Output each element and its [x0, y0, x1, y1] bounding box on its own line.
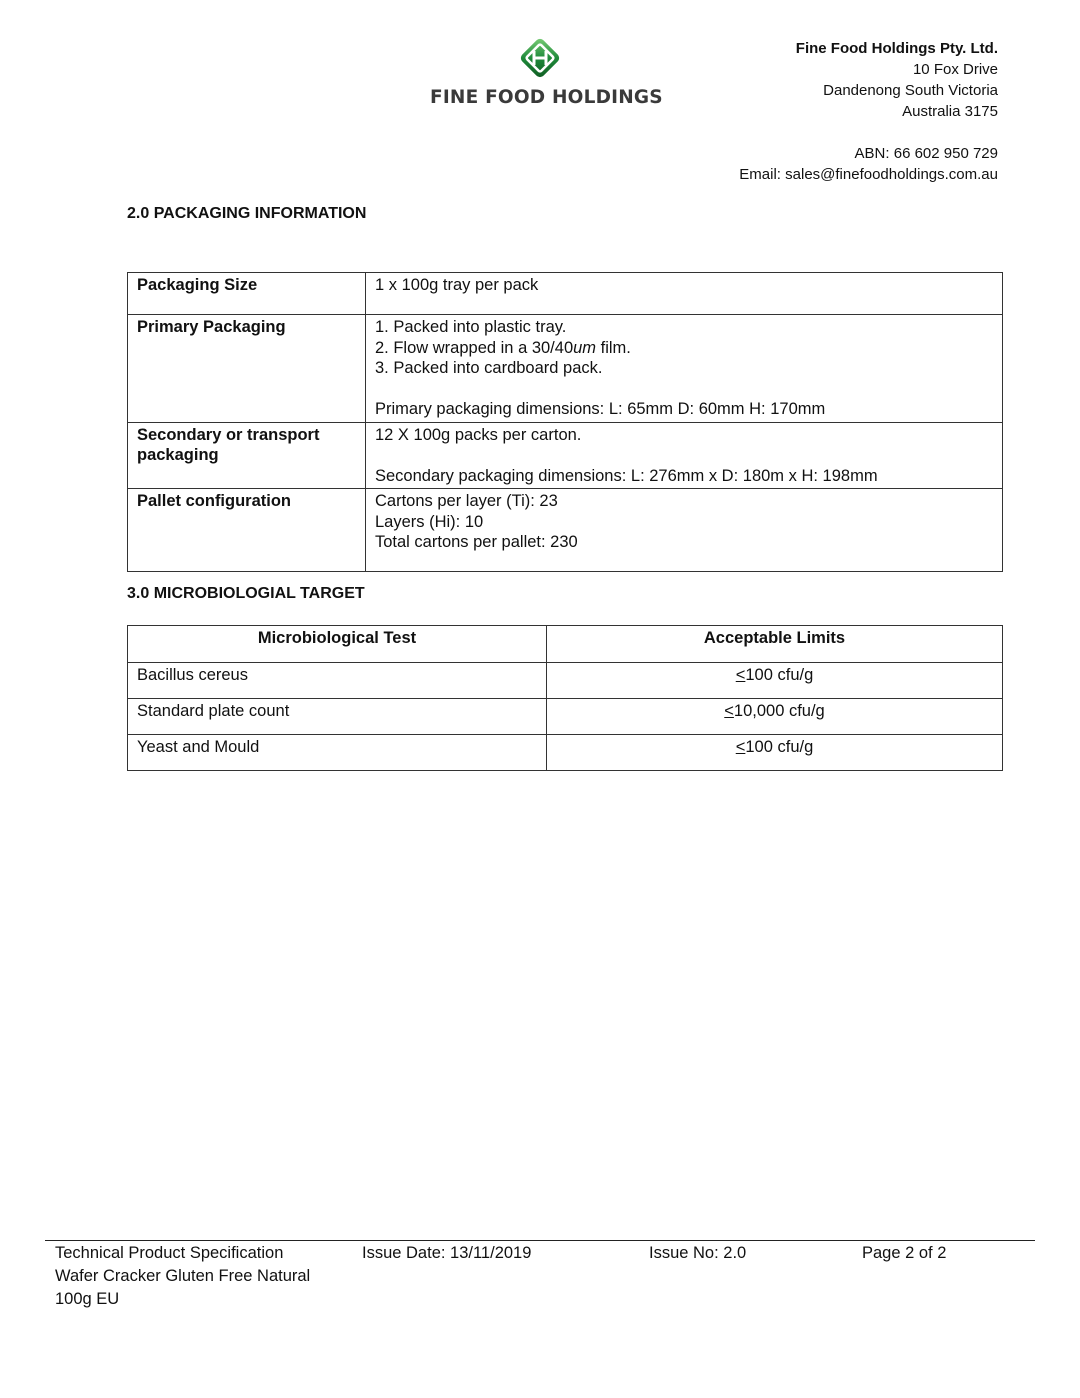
value-line: Cartons per layer (Ti): 23 [375, 491, 993, 512]
company-logo: FINE FOOD HOLDINGS [430, 33, 650, 108]
value-line: 1 x 100g tray per pack [375, 275, 993, 296]
test-name: Standard plate count [128, 699, 547, 735]
test-name: Bacillus cereus [128, 663, 547, 699]
footer-issue-no: Issue No: 2.0 [649, 1242, 746, 1265]
row-label: Secondary or transport packaging [128, 422, 366, 489]
table-row: Bacillus cereus <100 cfu/g [128, 663, 1003, 699]
footer-doc-info: Technical Product Specification Wafer Cr… [55, 1242, 310, 1311]
value-line: 12 X 100g packs per carton. [375, 425, 993, 446]
value-line: Primary packaging dimensions: L: 65mm D:… [375, 399, 993, 420]
address-line: Dandenong South Victoria [739, 80, 998, 101]
value-line: 1. Packed into plastic tray. [375, 317, 993, 338]
test-name: Yeast and Mould [128, 735, 547, 771]
footer-doc-type: Technical Product Specification [55, 1242, 310, 1265]
micro-table: Microbiological Test Acceptable Limits B… [127, 625, 1003, 771]
value-line: Layers (Hi): 10 [375, 512, 993, 533]
value-line: 3. Packed into cardboard pack. [375, 358, 993, 379]
section-title-packaging: 2.0 PACKAGING INFORMATION [127, 205, 366, 223]
company-email: Email: sales@finefoodholdings.com.au [739, 164, 998, 185]
section-title-micro: 3.0 MICROBIOLOGIAL TARGET [127, 585, 365, 603]
row-label: Packaging Size [128, 273, 366, 315]
footer-product: 100g EU [55, 1288, 310, 1311]
company-address-block: Fine Food Holdings Pty. Ltd. 10 Fox Driv… [739, 38, 998, 185]
address-line: 10 Fox Drive [739, 59, 998, 80]
address-line: Australia 3175 [739, 101, 998, 122]
table-header-row: Microbiological Test Acceptable Limits [128, 626, 1003, 663]
packaging-table: Packaging Size 1 x 100g tray per pack Pr… [127, 272, 1003, 572]
table-row: Yeast and Mould <100 cfu/g [128, 735, 1003, 771]
row-value: 12 X 100g packs per carton. Secondary pa… [366, 422, 1003, 489]
footer-issue-date: Issue Date: 13/11/2019 [362, 1242, 531, 1265]
test-limit: <100 cfu/g [547, 663, 1003, 699]
table-row: Primary Packaging 1. Packed into plastic… [128, 315, 1003, 423]
footer-page-number: Page 2 of 2 [862, 1242, 946, 1265]
row-value: 1 x 100g tray per pack [366, 273, 1003, 315]
company-abn: ABN: 66 602 950 729 [739, 143, 998, 164]
value-line: Total cartons per pallet: 230 [375, 532, 993, 553]
value-line: 2. Flow wrapped in a 30/40um film. [375, 338, 993, 359]
test-limit: <100 cfu/g [547, 735, 1003, 771]
row-value: 1. Packed into plastic tray. 2. Flow wra… [366, 315, 1003, 423]
test-limit: <10,000 cfu/g [547, 699, 1003, 735]
table-row: Packaging Size 1 x 100g tray per pack [128, 273, 1003, 315]
column-header: Microbiological Test [128, 626, 547, 663]
logo-text: FINE FOOD HOLDINGS [430, 87, 650, 108]
row-label: Pallet configuration [128, 489, 366, 572]
footer-divider [45, 1240, 1035, 1241]
ffh-diamond-logo-icon [515, 33, 565, 83]
table-row: Secondary or transport packaging 12 X 10… [128, 422, 1003, 489]
table-row: Pallet configuration Cartons per layer (… [128, 489, 1003, 572]
company-name: Fine Food Holdings Pty. Ltd. [739, 38, 998, 59]
row-value: Cartons per layer (Ti): 23 Layers (Hi): … [366, 489, 1003, 572]
row-label: Primary Packaging [128, 315, 366, 423]
value-line: Secondary packaging dimensions: L: 276mm… [375, 466, 993, 487]
column-header: Acceptable Limits [547, 626, 1003, 663]
table-row: Standard plate count <10,000 cfu/g [128, 699, 1003, 735]
footer-product: Wafer Cracker Gluten Free Natural [55, 1265, 310, 1288]
